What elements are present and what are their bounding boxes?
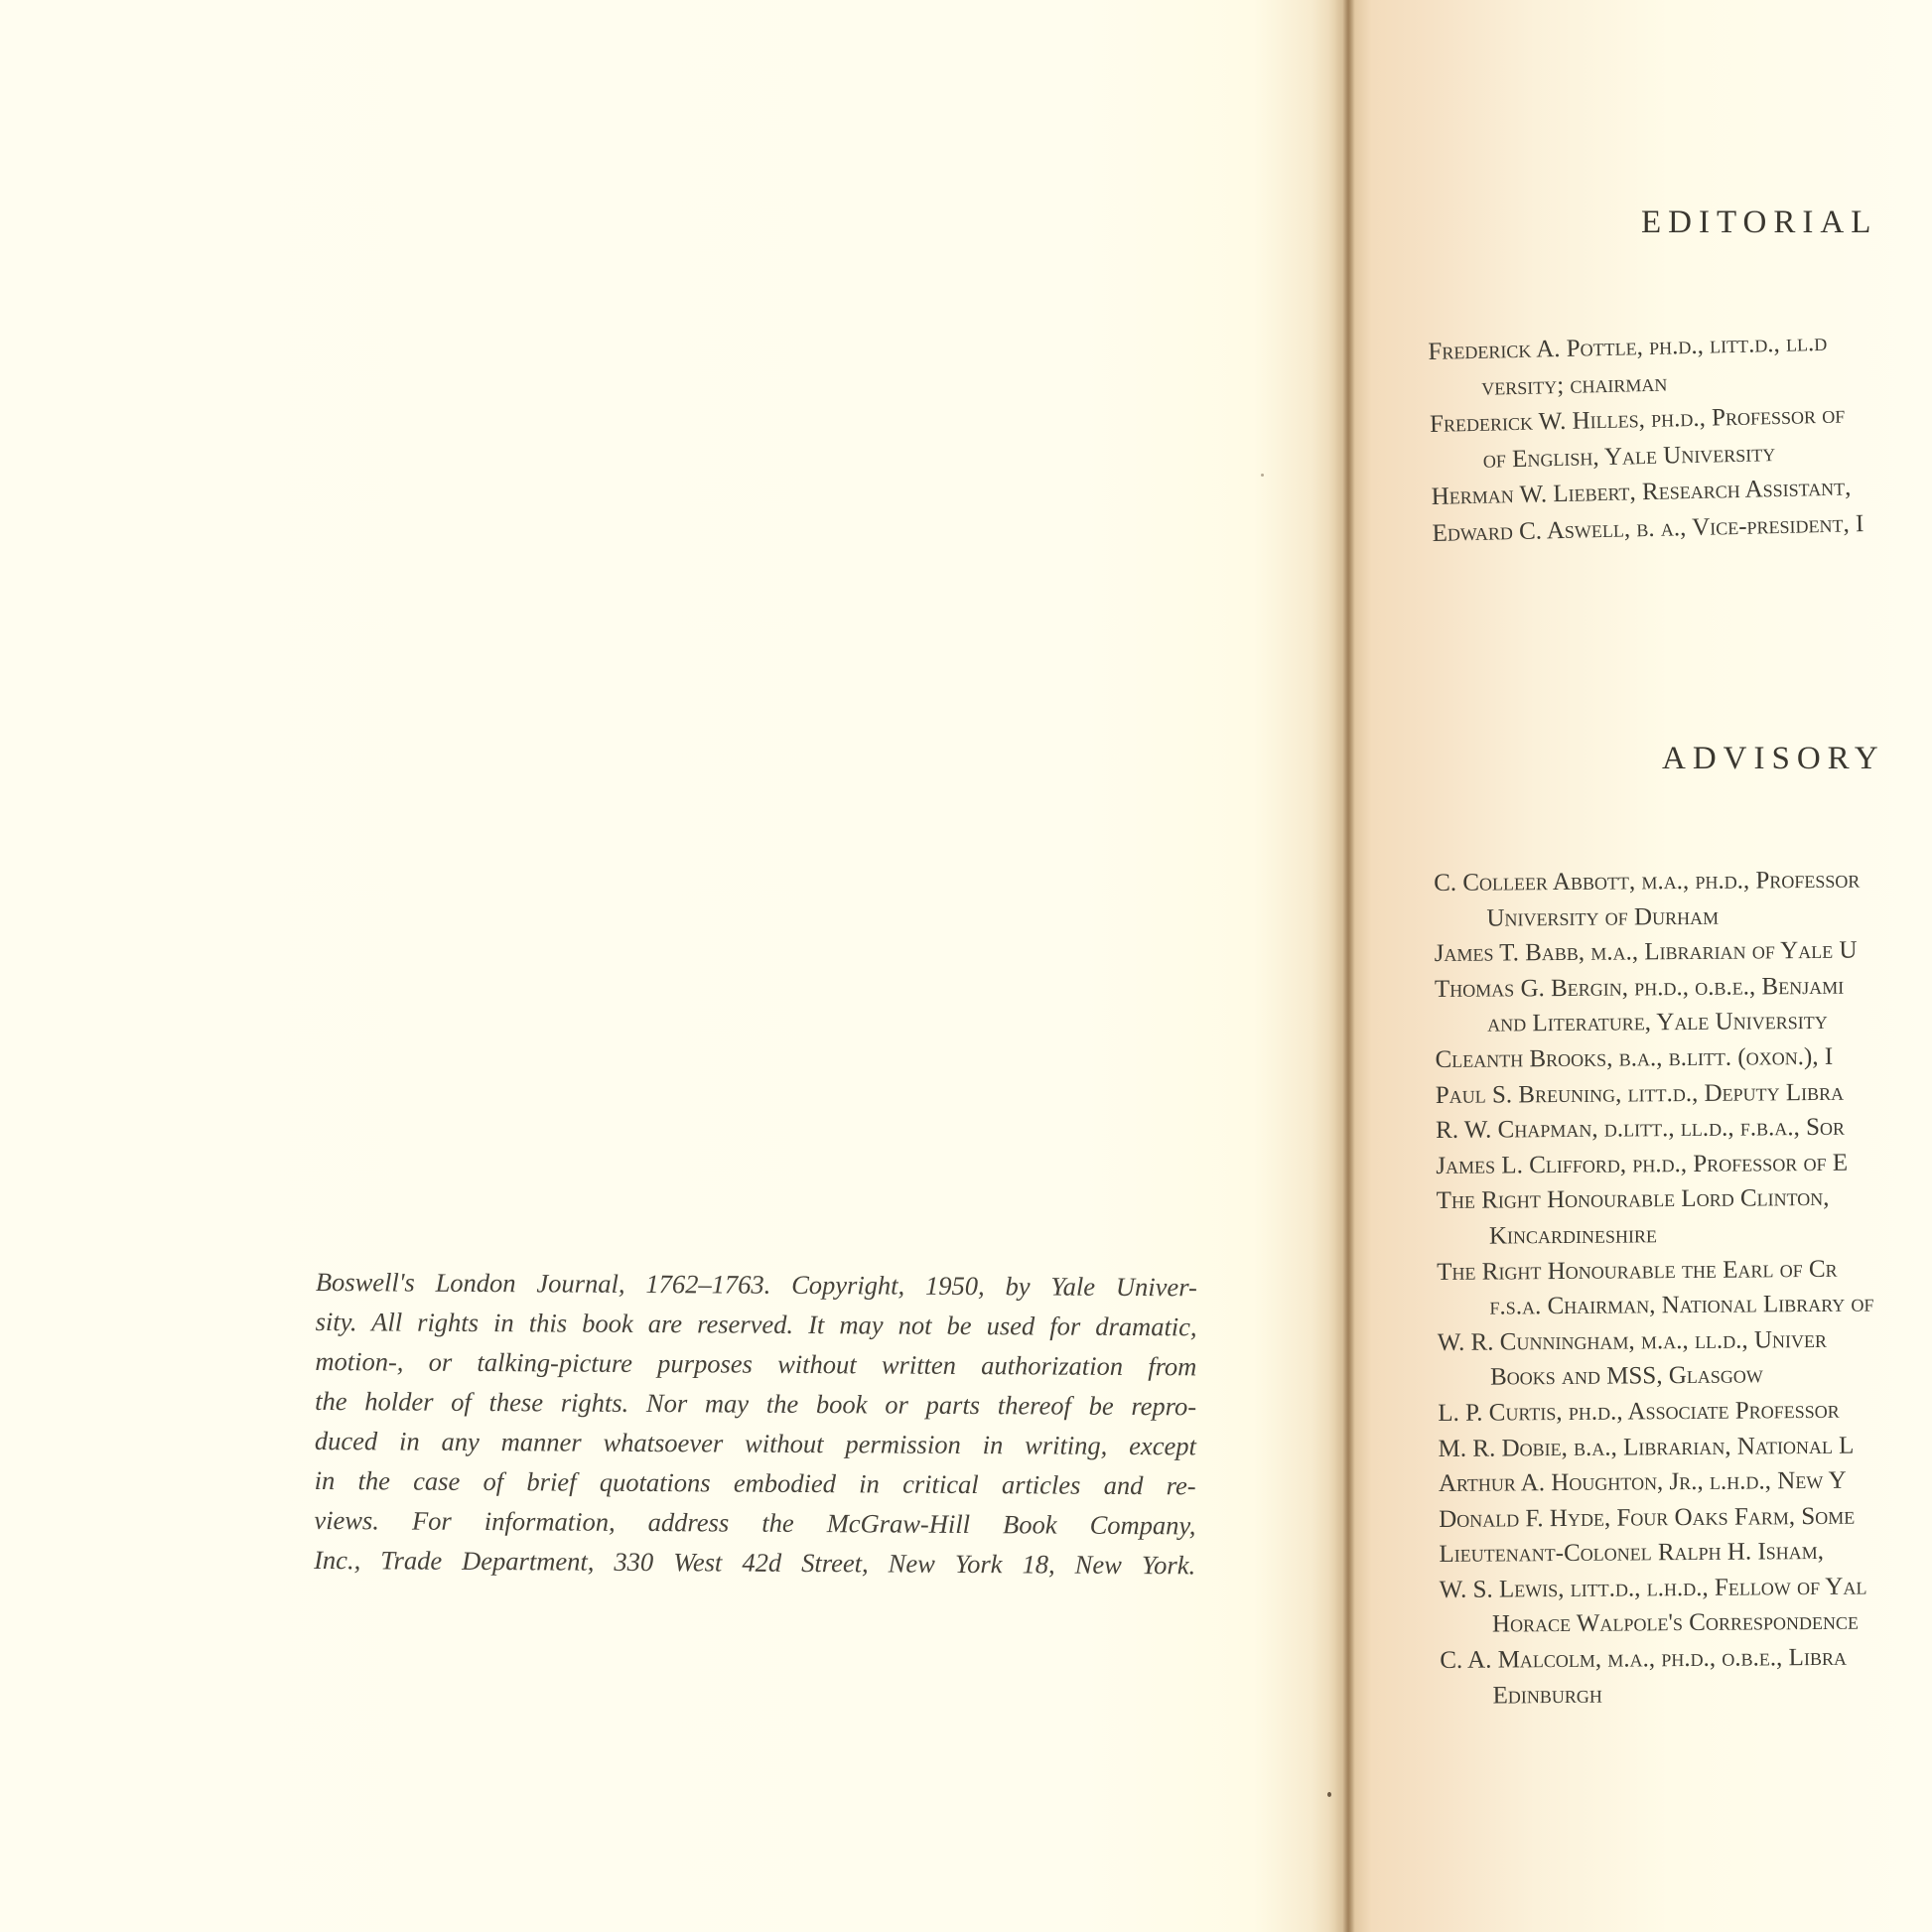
member-details: , b.a., b.litt. (oxon.), I bbox=[1606, 1043, 1833, 1072]
member-name: Arthur A. Houghton, Jr. bbox=[1439, 1468, 1698, 1497]
editorial-heading: EDITORIAL bbox=[1641, 205, 1877, 241]
member-name: R. W. Chapman bbox=[1436, 1116, 1591, 1144]
member-name: M. R. Dobie bbox=[1439, 1435, 1562, 1462]
committee-member-entry: The Right Honourable Lord Clinton, bbox=[1437, 1180, 1873, 1219]
member-details: , ph.d., Professor of E bbox=[1620, 1149, 1848, 1177]
paper-speck bbox=[1261, 474, 1264, 477]
committee-member-entry: C. Colleer Abbott, m.a., ph.d., Professo… bbox=[1434, 863, 1870, 901]
advisory-committee-list: C. Colleer Abbott, m.a., ph.d., Professo… bbox=[1434, 863, 1877, 1715]
member-details: , ph.d., litt.d., ll.d bbox=[1636, 330, 1827, 360]
member-details: , ph.d., Professor of bbox=[1638, 401, 1845, 433]
committee-member-entry: Lieutenant-Colonel Ralph H. Isham, bbox=[1439, 1534, 1875, 1573]
copyright-line: views. For information, address the McGr… bbox=[314, 1500, 1195, 1545]
member-details: Edinburgh bbox=[1492, 1681, 1601, 1709]
member-details: , Research Assistant, bbox=[1629, 474, 1851, 505]
book-gutter bbox=[1328, 0, 1354, 1932]
entry-continuation-line: Kincardineshire bbox=[1437, 1215, 1873, 1254]
copyright-notice: Boswell's London Journal, 1762–1763. Cop… bbox=[314, 1262, 1197, 1585]
member-name: James L. Clifford bbox=[1436, 1151, 1620, 1178]
book-spread: Boswell's London Journal, 1762–1763. Cop… bbox=[0, 0, 1932, 1932]
member-details: , ph.d., Associate Professor bbox=[1556, 1397, 1840, 1426]
committee-member-entry: R. W. Chapman, d.litt., ll.d., f.b.a., S… bbox=[1436, 1110, 1872, 1149]
member-name: Paul S. Breuning bbox=[1436, 1080, 1615, 1108]
committee-member-entry: L. P. Curtis, ph.d., Associate Professor bbox=[1438, 1392, 1874, 1431]
member-name: Frederick A. Pottle bbox=[1428, 334, 1637, 365]
copyright-line: duced in any manner whatsoever without p… bbox=[315, 1421, 1196, 1465]
committee-member-entry: M. R. Dobie, b.a., Librarian, National L bbox=[1438, 1428, 1874, 1466]
member-details: Books and MSS, Glasgow bbox=[1490, 1362, 1763, 1391]
copyright-line: Inc., Trade Department, 330 West 42d Str… bbox=[314, 1540, 1195, 1585]
copyright-line: sity. All rights in this book are reserv… bbox=[316, 1302, 1197, 1346]
member-details: , litt.d., l.h.d., Fellow of Yal bbox=[1558, 1573, 1866, 1601]
member-name: W. S. Lewis bbox=[1440, 1576, 1559, 1603]
entry-continuation-line: University of Durham bbox=[1434, 897, 1870, 936]
committee-member-entry: Arthur A. Houghton, Jr., l.h.d., New Y bbox=[1439, 1463, 1875, 1502]
entry-continuation-line: Books and MSS, Glasgow bbox=[1438, 1357, 1874, 1396]
member-details: versity; chairman bbox=[1481, 369, 1668, 400]
editorial-committee-list: Frederick A. Pottle, ph.d., litt.d., ll.… bbox=[1428, 325, 1864, 552]
member-details: , Four Oaks Farm, Some bbox=[1604, 1502, 1856, 1531]
advisory-heading: ADVISORY bbox=[1662, 741, 1885, 777]
committee-member-entry: James T. Babb, m.a., Librarian of Yale U bbox=[1435, 933, 1871, 972]
copyright-line: Boswell's London Journal, 1762–1763. Cop… bbox=[316, 1262, 1197, 1307]
member-details: f.s.a. Chairman, National Library of bbox=[1489, 1291, 1873, 1320]
member-details: , b. a., Vice-president, I bbox=[1624, 510, 1864, 542]
member-details: Horace Walpole's Correspondence bbox=[1492, 1608, 1859, 1638]
member-name: Thomas G. Bergin bbox=[1435, 974, 1622, 1002]
member-details: , bbox=[1823, 1184, 1829, 1211]
member-name: Cleanth Brooks bbox=[1435, 1045, 1606, 1073]
member-details: , m.a., ll.d., Univer bbox=[1628, 1326, 1827, 1355]
entry-continuation-line: Edinburgh bbox=[1440, 1675, 1876, 1714]
entry-continuation-line: Horace Walpole's Correspondence bbox=[1440, 1604, 1876, 1643]
copyright-line: in the case of brief quotations embodied… bbox=[315, 1460, 1196, 1505]
member-details: , ph.d., o.b.e., Benjami bbox=[1622, 973, 1845, 1002]
member-name: Lieutenant-Colonel Ralph H. Isham bbox=[1439, 1538, 1817, 1568]
member-name: C. Colleer Abbott bbox=[1434, 868, 1629, 897]
member-name: Edward C. Aswell bbox=[1432, 515, 1624, 546]
committee-member-entry: C. A. Malcolm, m.a., ph.d., o.b.e., Libr… bbox=[1440, 1640, 1876, 1679]
member-details: , bbox=[1818, 1538, 1824, 1565]
member-details: University of Durham bbox=[1486, 902, 1719, 931]
member-details: , b.a., Librarian, National L bbox=[1561, 1432, 1854, 1460]
committee-member-entry: W. R. Cunningham, m.a., ll.d., Univer bbox=[1438, 1321, 1874, 1360]
member-details: Kincardineshire bbox=[1489, 1221, 1657, 1249]
committee-member-entry: James L. Clifford, ph.d., Professor of E bbox=[1436, 1145, 1872, 1183]
committee-member-entry: The Right Honourable the Earl of Cr bbox=[1437, 1251, 1873, 1290]
entry-continuation-line: and Literature, Yale University bbox=[1435, 1004, 1871, 1042]
entry-continuation-line: f.s.a. Chairman, National Library of bbox=[1437, 1287, 1873, 1325]
left-page bbox=[0, 0, 1348, 1932]
copyright-line: the holder of these rights. Nor may the … bbox=[315, 1381, 1196, 1426]
member-name: W. R. Cunningham bbox=[1438, 1327, 1629, 1356]
member-name: L. P. Curtis bbox=[1438, 1399, 1556, 1427]
committee-member-entry: Thomas G. Bergin, ph.d., o.b.e., Benjami bbox=[1435, 968, 1871, 1007]
committee-member-entry: Donald F. Hyde, Four Oaks Farm, Some bbox=[1439, 1498, 1875, 1537]
member-name: The Right Honourable Lord Clinton bbox=[1437, 1184, 1824, 1214]
committee-member-entry: Paul S. Breuning, litt.d., Deputy Libra bbox=[1436, 1074, 1872, 1113]
member-name: Herman W. Liebert bbox=[1431, 479, 1629, 510]
member-details: , m.a., ph.d., Professor bbox=[1629, 867, 1861, 896]
member-details: , litt.d., Deputy Libra bbox=[1615, 1078, 1844, 1107]
committee-member-entry: Cleanth Brooks, b.a., b.litt. (oxon.), I bbox=[1435, 1039, 1871, 1078]
member-name: C. A. Malcolm bbox=[1440, 1646, 1595, 1674]
copyright-line: motion-, or talking-picture purposes wit… bbox=[315, 1341, 1196, 1386]
member-details: , l.h.d., New Y bbox=[1697, 1467, 1846, 1495]
paper-speck bbox=[1327, 1792, 1331, 1797]
member-name: Donald F. Hyde bbox=[1439, 1504, 1604, 1532]
member-details: and Literature, Yale University bbox=[1487, 1008, 1828, 1037]
member-name: James T. Babb bbox=[1435, 939, 1579, 967]
member-name: The Right Honourable the Earl of Cr bbox=[1437, 1255, 1838, 1285]
member-details: , m.a., ph.d., o.b.e., Libra bbox=[1595, 1644, 1847, 1673]
member-details: , d.litt., ll.d., f.b.a., Sor bbox=[1591, 1114, 1845, 1143]
member-details: , m.a., Librarian of Yale U bbox=[1579, 937, 1858, 966]
member-details: of English, Yale University bbox=[1483, 440, 1776, 474]
committee-member-entry: W. S. Lewis, litt.d., l.h.d., Fellow of … bbox=[1440, 1569, 1876, 1607]
member-name: Frederick W. Hilles bbox=[1430, 406, 1639, 438]
